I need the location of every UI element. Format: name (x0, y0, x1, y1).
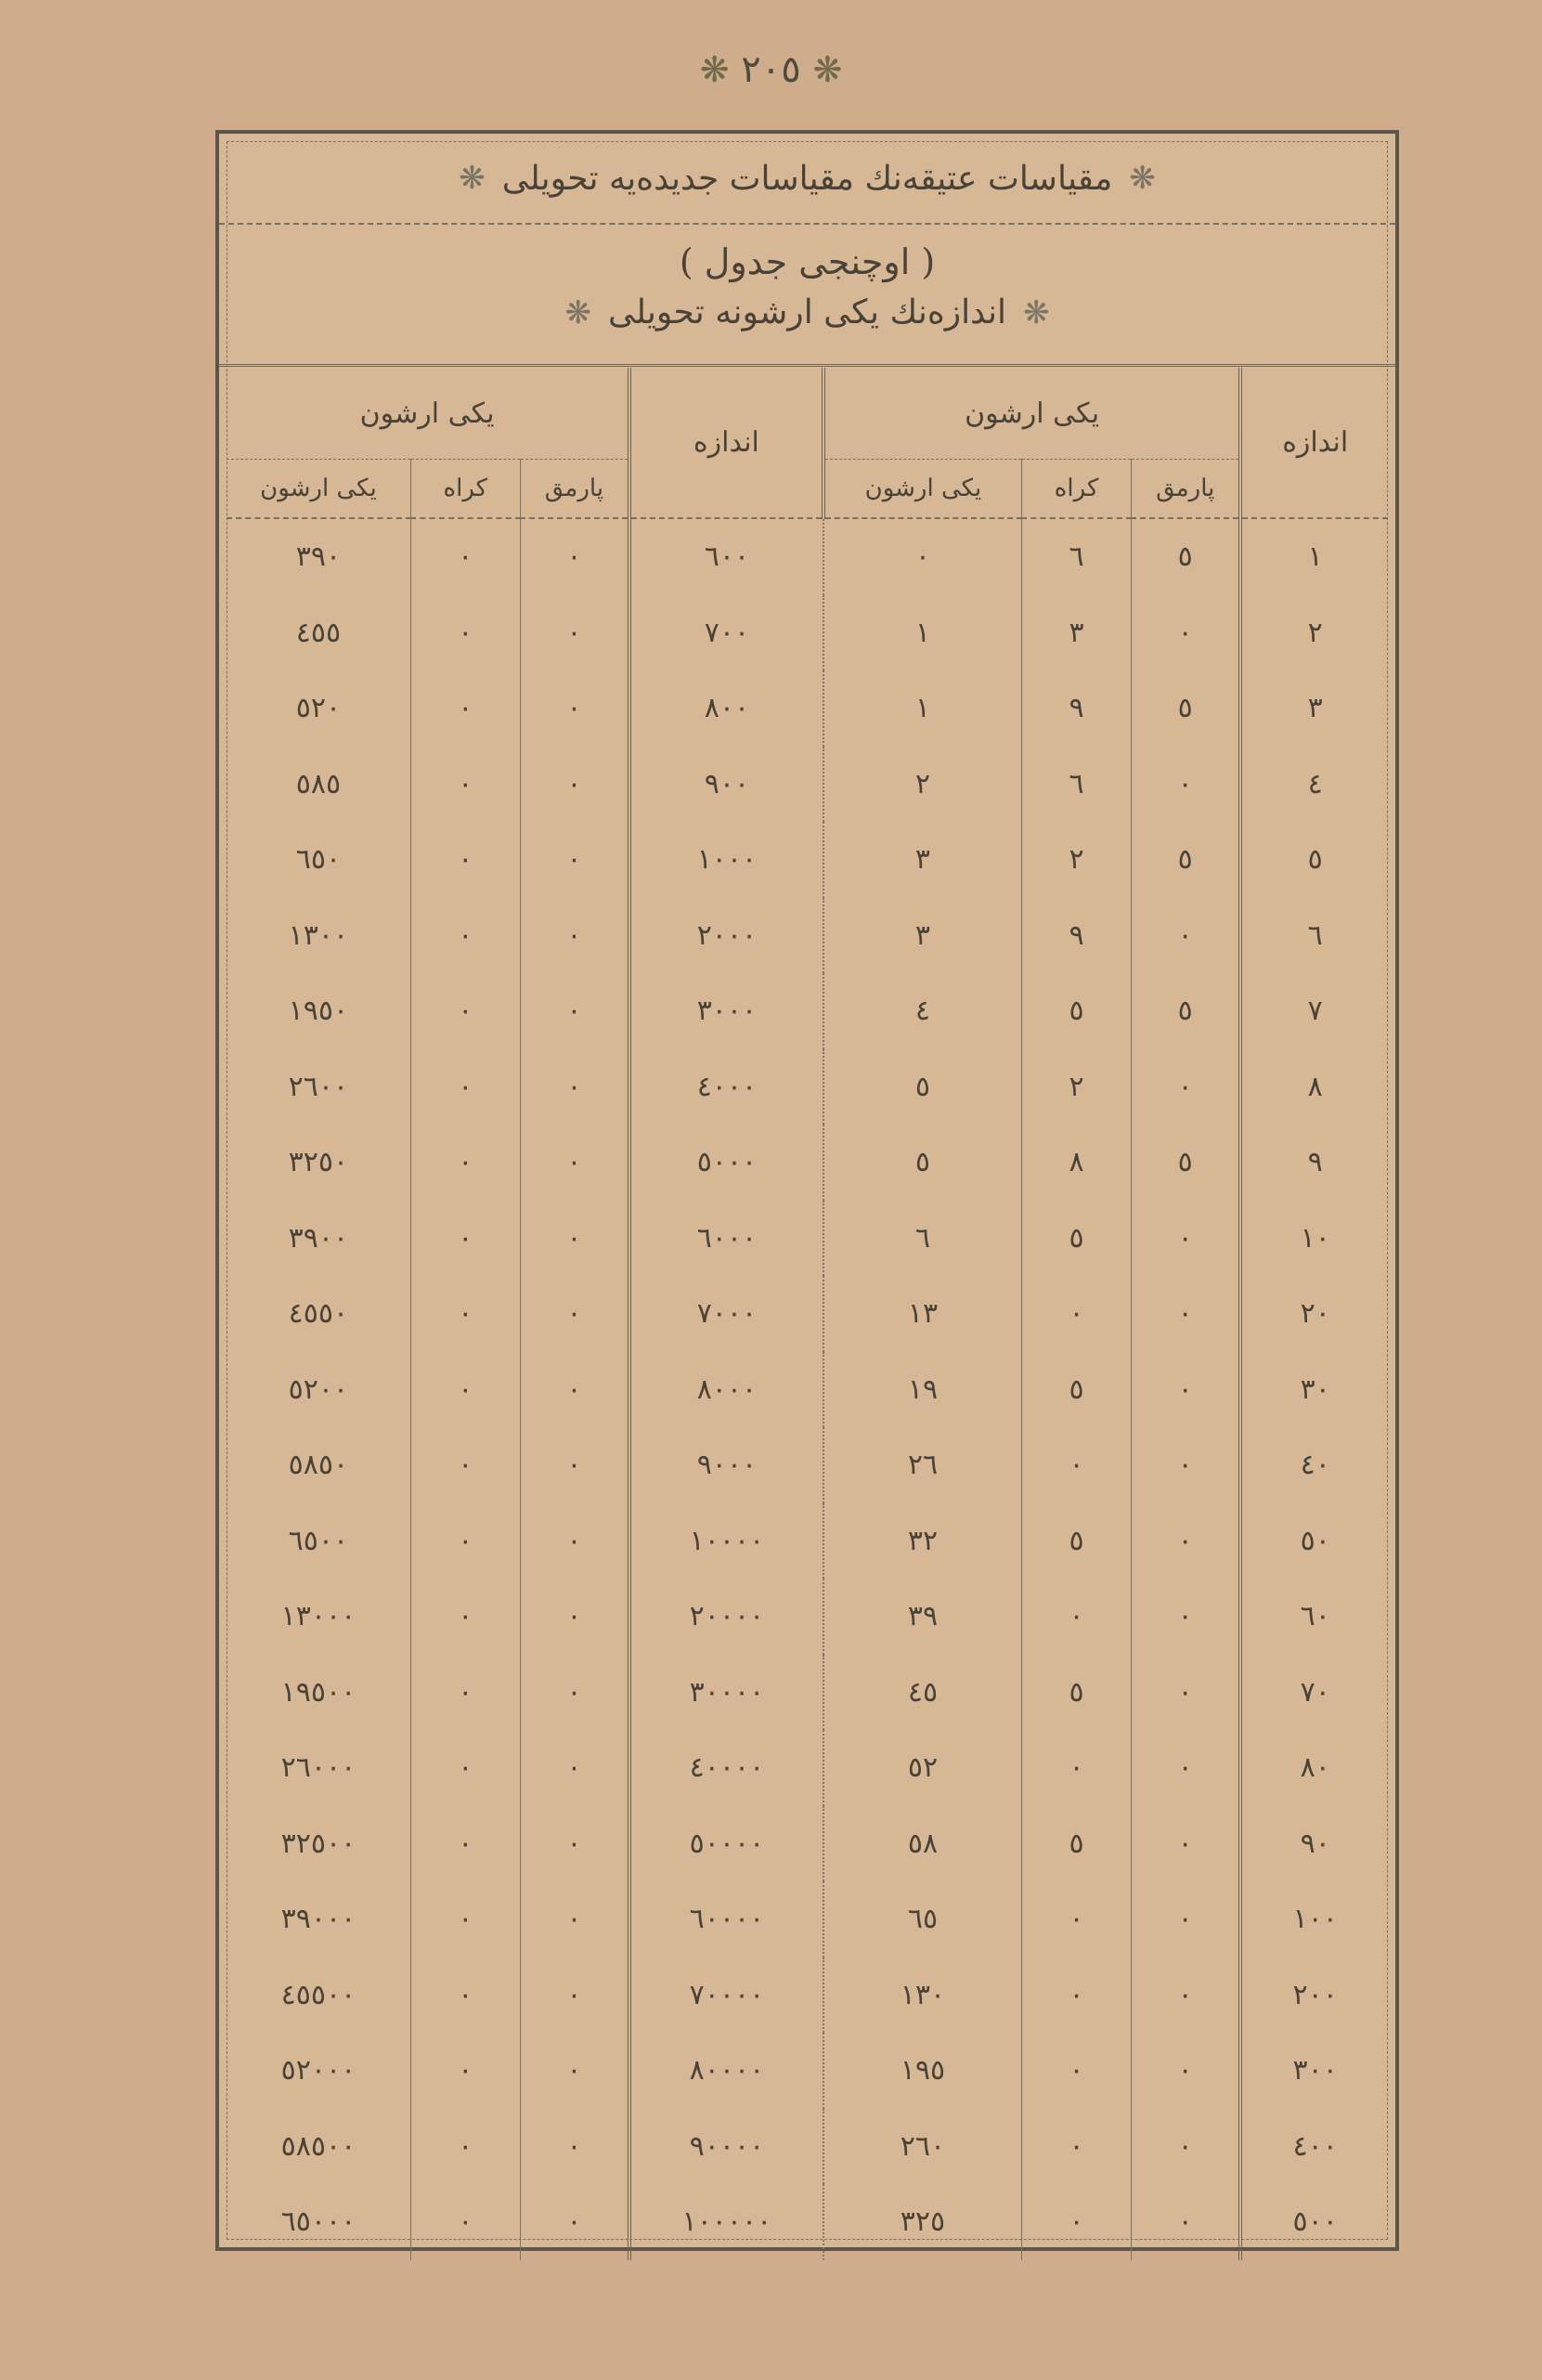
inner-border (227, 141, 1388, 2240)
page-number-text: ٢٠٥ (741, 48, 800, 91)
conversion-table-frame: ❋ مقیاسات عتیقه‌نك مقیاسات جدیده‌یه تحوی… (215, 130, 1399, 2251)
ornament-icon: ❋ (812, 49, 842, 90)
page-number: ❋ ٢٠٥ ❋ (0, 48, 1542, 91)
ornament-icon: ❋ (700, 49, 730, 90)
